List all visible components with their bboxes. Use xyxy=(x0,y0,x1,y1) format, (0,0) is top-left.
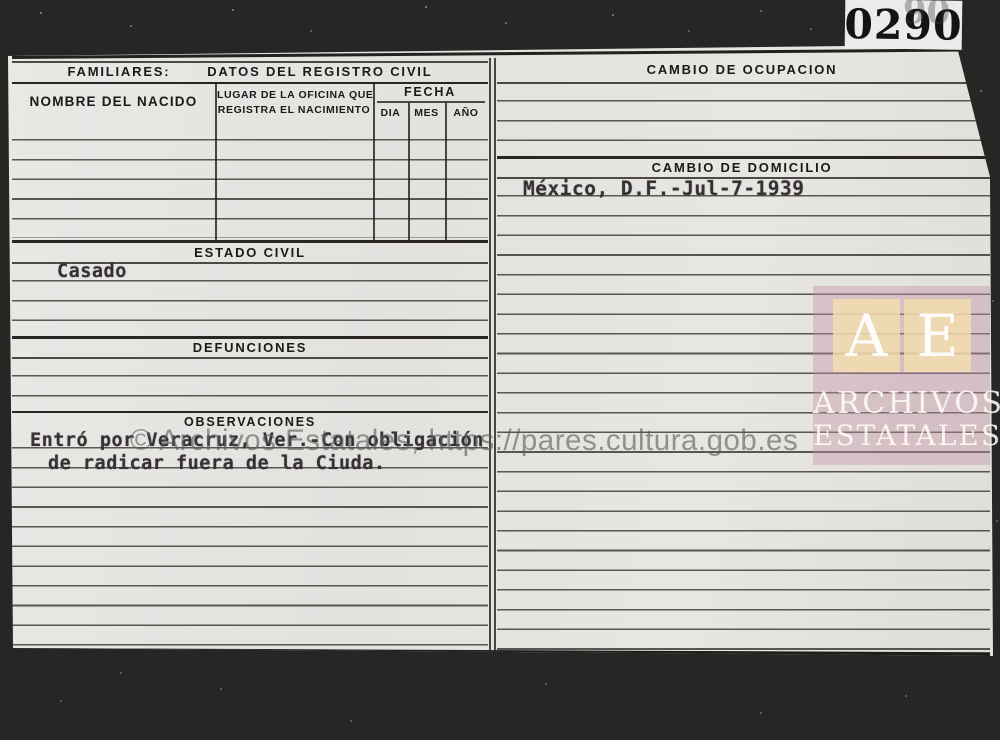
logo-letter-a: A xyxy=(833,299,900,372)
card-top-border-2 xyxy=(12,61,488,63)
page-number-label: 0290 90 xyxy=(845,0,963,50)
archivos-estatales-logo-watermark: A E ARCHIVOS ESTATALES xyxy=(813,286,990,465)
cambio-domicilio-header: CAMBIO DE DOMICILIO xyxy=(497,160,987,175)
fecha-col-ano: AÑO xyxy=(445,107,487,119)
registro-civil-label: DATOS DEL REGISTRO CIVIL xyxy=(207,64,432,79)
card-top-border xyxy=(12,48,987,58)
col-lugar-header-line1: LUGAR DE LA OFICINA QUE xyxy=(217,89,371,101)
defunciones-top-border xyxy=(12,336,488,339)
logo-letter-e: E xyxy=(904,299,971,372)
logo-text-estatales: ESTATALES xyxy=(813,419,990,452)
cambio-ocupacion-header: CAMBIO DE OCUPACION xyxy=(497,62,987,77)
familiares-header: FAMILIARES: DATOS DEL REGISTRO CIVIL xyxy=(12,64,488,79)
ocupacion-ruled-lines xyxy=(497,82,990,156)
estado-civil-header: ESTADO CIVIL xyxy=(12,245,488,260)
fecha-col-mes: MES xyxy=(408,107,445,119)
column-divider-left xyxy=(489,58,491,650)
table-ruled-lines xyxy=(12,121,488,238)
fecha-underline xyxy=(377,101,485,103)
table-bottom-border xyxy=(12,240,488,243)
copyright-watermark: © Archivos Estatales, https://pares.cult… xyxy=(130,424,798,458)
familiares-underline xyxy=(12,82,488,84)
scan-noise xyxy=(0,0,2,2)
column-divider-right xyxy=(494,58,496,650)
col-lugar-header-line2: REGISTRA EL NACIMIENTO xyxy=(217,104,371,116)
col-nombre-header: NOMBRE DEL NACIDO xyxy=(12,94,215,109)
familiares-label: FAMILIARES: xyxy=(68,64,171,79)
logo-text-archivos: ARCHIVOS xyxy=(813,386,990,421)
scanned-document-page: FAMILIARES: DATOS DEL REGISTRO CIVIL NOM… xyxy=(0,0,1000,740)
estado-civil-ruled-lines xyxy=(12,262,488,335)
fecha-header: FECHA xyxy=(373,85,487,99)
defunciones-header: DEFUNCIONES xyxy=(12,340,488,355)
defunciones-ruled-lines xyxy=(12,357,488,411)
page-number-ghost: 90 xyxy=(903,0,951,33)
observaciones-top-border xyxy=(12,411,488,413)
cambio-domicilio-top-border xyxy=(497,156,990,159)
fecha-col-dia: DIA xyxy=(373,107,408,119)
